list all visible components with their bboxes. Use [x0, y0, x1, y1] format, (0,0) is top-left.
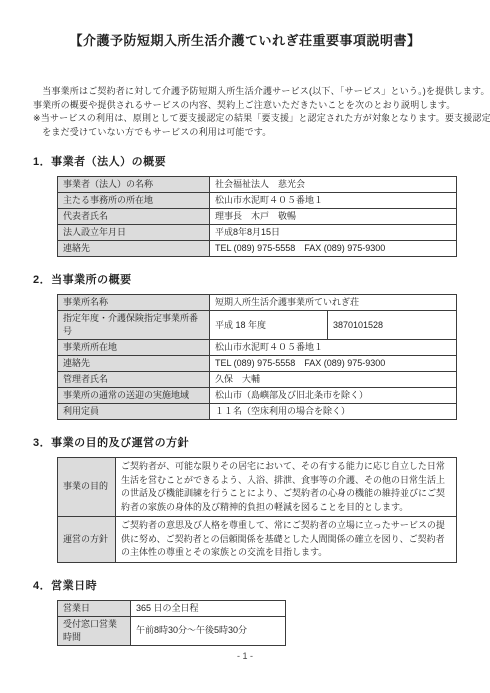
table-row: 事業の目的ご契約者が、可能な限りその居宅において、その有する能力に応じ自立した日…: [58, 458, 457, 517]
intro-line: 事業所の概要や提供されるサービスの内容、契約上ご注意いただきたいことを次のとおり…: [33, 99, 457, 113]
row-value: 松山市水泥町４０５番地１: [210, 340, 457, 356]
section-table: 事業所名称短期入所生活介護事業所ていれぎ荘指定年度・介護保険指定事業所番号平成 …: [57, 294, 457, 420]
intro-paragraph: 当事業所はご契約者に対して介護予防短期入所生活介護サービス(以下、「サービス」と…: [33, 85, 457, 139]
table-row: 連絡先TEL (089) 975-5558 FAX (089) 975-9300: [58, 356, 457, 372]
row-label: 受付窓口営業時間: [58, 616, 131, 645]
row-value: 午前8時30分～午後5時30分: [131, 616, 286, 645]
document-page: 【介護予防短期入所生活介護ていれぎ荘重要事項説明書】 当事業所はご契約者に対して…: [0, 0, 490, 693]
table-row: 連絡先TEL (089) 975-5558 FAX (089) 975-9300: [58, 241, 457, 257]
row-value: ご契約者の意思及び人格を尊重して、常にご契約者の立場に立ったサービスの提供に努め…: [116, 517, 457, 563]
section-table: 事業者（法人）の名称社会福祉法人 慈光会主たる事務所の所在地松山市水泥町４０５番…: [57, 176, 457, 257]
row-value: 平成 18 年度: [210, 311, 328, 340]
row-label: 指定年度・介護保険指定事業所番号: [58, 311, 210, 340]
row-value: 松山市水泥町４０５番地１: [210, 193, 457, 209]
row-label: 事業の目的: [58, 458, 116, 517]
row-label: 利用定員: [58, 404, 210, 420]
section-table: 事業の目的ご契約者が、可能な限りその居宅において、その有する能力に応じ自立した日…: [57, 457, 457, 563]
table-row: 運営の方針ご契約者の意思及び人格を尊重して、常にご契約者の立場に立ったサービスの…: [58, 517, 457, 563]
row-value-secondary: 3870101528: [328, 311, 457, 340]
table-row: 主たる事務所の所在地松山市水泥町４０５番地１: [58, 193, 457, 209]
row-value: TEL (089) 975-5558 FAX (089) 975-9300: [210, 356, 457, 372]
row-label: 連絡先: [58, 241, 210, 257]
table-row: 営業日365 日の全日程: [58, 600, 286, 616]
table-row: 代表者氏名理事長 木戸 敬暢: [58, 209, 457, 225]
row-value: TEL (089) 975-5558 FAX (089) 975-9300: [210, 241, 457, 257]
row-label: 事業者（法人）の名称: [58, 177, 210, 193]
section-heading: 4．営業日時: [33, 577, 457, 593]
row-value: １１名（空床利用の場合を除く）: [210, 404, 457, 420]
sections: 1．事業者（法人）の概要事業者（法人）の名称社会福祉法人 慈光会主たる事務所の所…: [33, 153, 457, 646]
document-title: 【介護予防短期入所生活介護ていれぎ荘重要事項説明書】: [33, 30, 457, 49]
row-label: 代表者氏名: [58, 209, 210, 225]
row-value: 365 日の全日程: [131, 600, 286, 616]
section-table: 営業日365 日の全日程受付窓口営業時間午前8時30分～午後5時30分: [57, 600, 286, 646]
row-value: 短期入所生活介護事業所ていれぎ荘: [210, 295, 457, 311]
table-row: 利用定員１１名（空床利用の場合を除く）: [58, 404, 457, 420]
row-label: 事業所所在地: [58, 340, 210, 356]
row-label: 連絡先: [58, 356, 210, 372]
table-row: 事業所所在地松山市水泥町４０５番地１: [58, 340, 457, 356]
row-value: ご契約者が、可能な限りその居宅において、その有する能力に応じ自立した日常生活を営…: [116, 458, 457, 517]
row-label: 営業日: [58, 600, 131, 616]
row-label: 管理者氏名: [58, 372, 210, 388]
row-value: 理事長 木戸 敬暢: [210, 209, 457, 225]
page-number: - 1 -: [0, 651, 490, 661]
row-label: 主たる事務所の所在地: [58, 193, 210, 209]
section-heading: 2．当事業所の概要: [33, 271, 457, 287]
row-label: 事業所名称: [58, 295, 210, 311]
section-heading: 3．事業の目的及び運営の方針: [33, 434, 457, 450]
row-value: 久保 大輔: [210, 372, 457, 388]
intro-line: をまだ受けていない方でもサービスの利用は可能です。: [33, 126, 457, 140]
row-value: 平成8年8月15日: [210, 225, 457, 241]
table-row: 指定年度・介護保険指定事業所番号平成 18 年度3870101528: [58, 311, 457, 340]
table-row: 事業者（法人）の名称社会福祉法人 慈光会: [58, 177, 457, 193]
row-label: 事業所の通常の送迎の実施地域: [58, 388, 210, 404]
intro-line: ※当サービスの利用は、原則として要支援認定の結果「要支援」と認定された方が対象と…: [33, 112, 457, 126]
intro-line: 当事業所はご契約者に対して介護予防短期入所生活介護サービス(以下、「サービス」と…: [33, 85, 457, 99]
section-heading: 1．事業者（法人）の概要: [33, 153, 457, 169]
row-label: 法人設立年月日: [58, 225, 210, 241]
row-label: 運営の方針: [58, 517, 116, 563]
table-row: 受付窓口営業時間午前8時30分～午後5時30分: [58, 616, 286, 645]
table-row: 管理者氏名久保 大輔: [58, 372, 457, 388]
table-row: 事業所の通常の送迎の実施地域松山市（島嶼部及び旧北条市を除く）: [58, 388, 457, 404]
table-row: 法人設立年月日平成8年8月15日: [58, 225, 457, 241]
row-value: 松山市（島嶼部及び旧北条市を除く）: [210, 388, 457, 404]
table-row: 事業所名称短期入所生活介護事業所ていれぎ荘: [58, 295, 457, 311]
row-value: 社会福祉法人 慈光会: [210, 177, 457, 193]
